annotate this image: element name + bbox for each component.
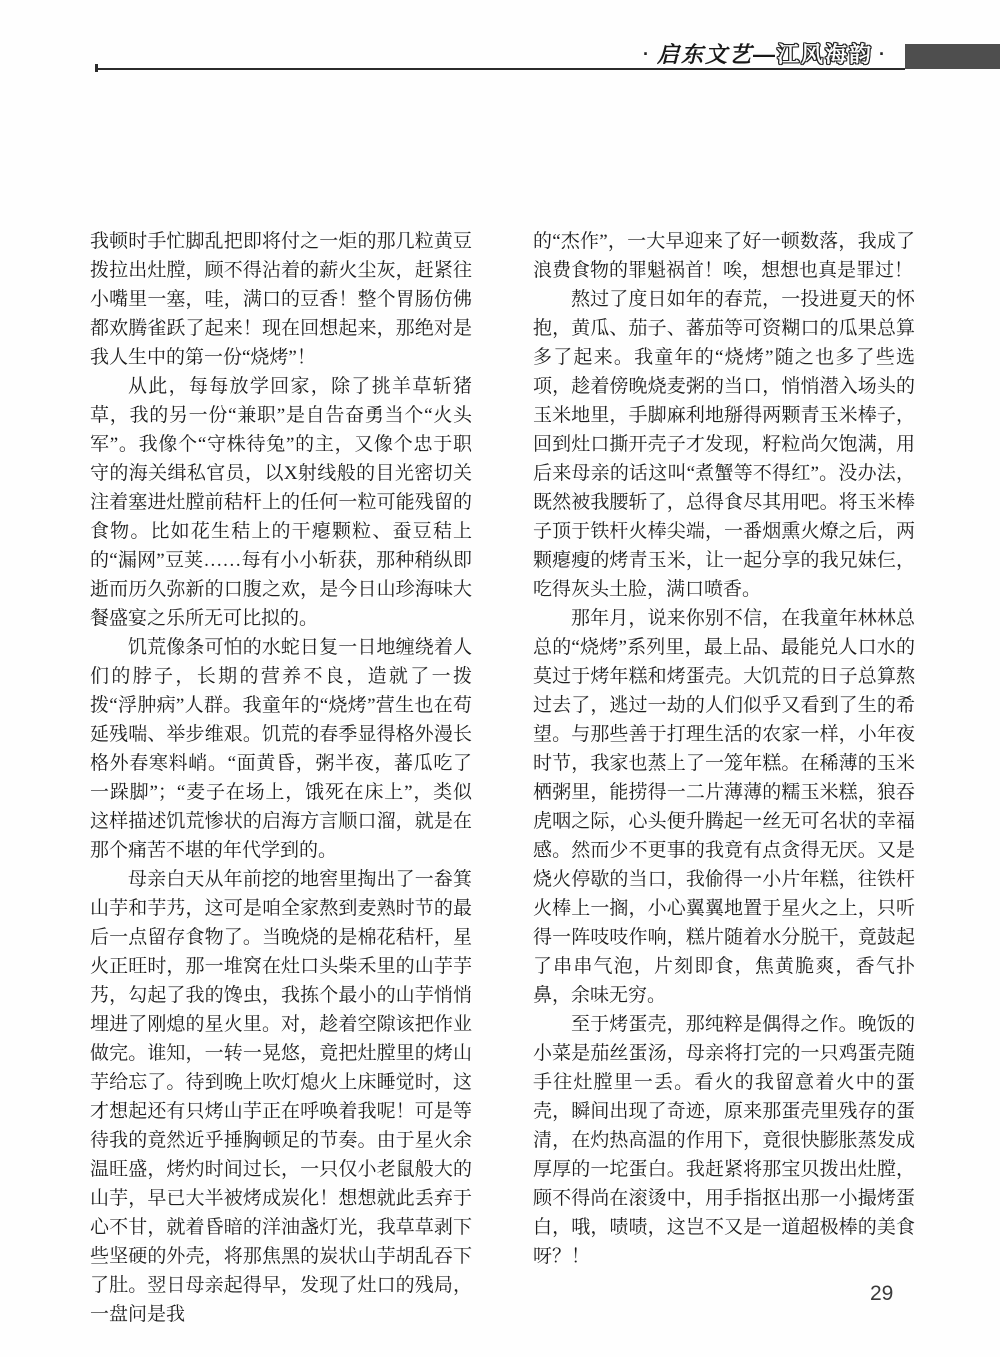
right-column: 的“杰作”，一大早迎来了好一顿数落，我成了浪费食物的罪魁祸首！唉，想想也真是罪过… bbox=[533, 227, 915, 1271]
magazine-subtitle: 江风海韵 bbox=[777, 42, 873, 67]
article-paragraph: 饥荒像条可怕的水蛇日复一日地缠绕着人们的脖子，长期的营养不良，造就了一拨拨“浮肿… bbox=[90, 633, 472, 865]
article-paragraph: 我顿时手忙脚乱把即将付之一炬的那几粒黄豆拨拉出灶膛，顾不得沾着的薪火尘灰，赶紧往… bbox=[90, 227, 472, 372]
article-paragraph: 熬过了度日如年的春荒，一投进夏天的怀抱，黄瓜、茄子、蕃茄等可资糊口的瓜果总算多了… bbox=[533, 285, 915, 604]
header-corner-block bbox=[905, 44, 1000, 69]
header-left-dot: · bbox=[637, 44, 657, 64]
magazine-title: 启东文艺 bbox=[657, 42, 753, 67]
magazine-header: ·启东文艺—江风海韵· bbox=[0, 38, 893, 69]
magazine-page: ·启东文艺—江风海韵· 我顿时手忙脚乱把即将付之一炬的那几粒黄豆拨拉出灶膛，顾不… bbox=[0, 0, 1000, 1357]
header-rule bbox=[95, 68, 905, 70]
article-paragraph: 至于烤蛋壳，那纯粹是偶得之作。晚饭的小菜是茄丝蛋汤，母亲将打完的一只鸡蛋壳随手往… bbox=[533, 1010, 915, 1271]
article-paragraph: 母亲白天从年前挖的地窖里掏出了一畚箕山芋和芋艿，这可是咱全家熬到麦熟时节的最后一… bbox=[90, 865, 472, 1329]
article-paragraph: 的“杰作”，一大早迎来了好一顿数落，我成了浪费食物的罪魁祸首！唉，想想也真是罪过… bbox=[533, 227, 915, 285]
article-paragraph: 那年月，说来你别不信，在我童年林林总总的“烧烤”系列里，最上品、最能兑人口水的莫… bbox=[533, 604, 915, 1010]
page-number: 29 bbox=[870, 1282, 893, 1306]
title-dash: — bbox=[753, 42, 777, 67]
article-paragraph: 从此，每每放学回家，除了挑羊草斩猪草，我的另一份“兼职”是自告奋勇当个“火头军”… bbox=[90, 372, 472, 633]
left-column: 我顿时手忙脚乱把即将付之一炬的那几粒黄豆拨拉出灶膛，顾不得沾着的薪火尘灰，赶紧往… bbox=[90, 227, 472, 1329]
header-right-dot: · bbox=[873, 44, 893, 64]
